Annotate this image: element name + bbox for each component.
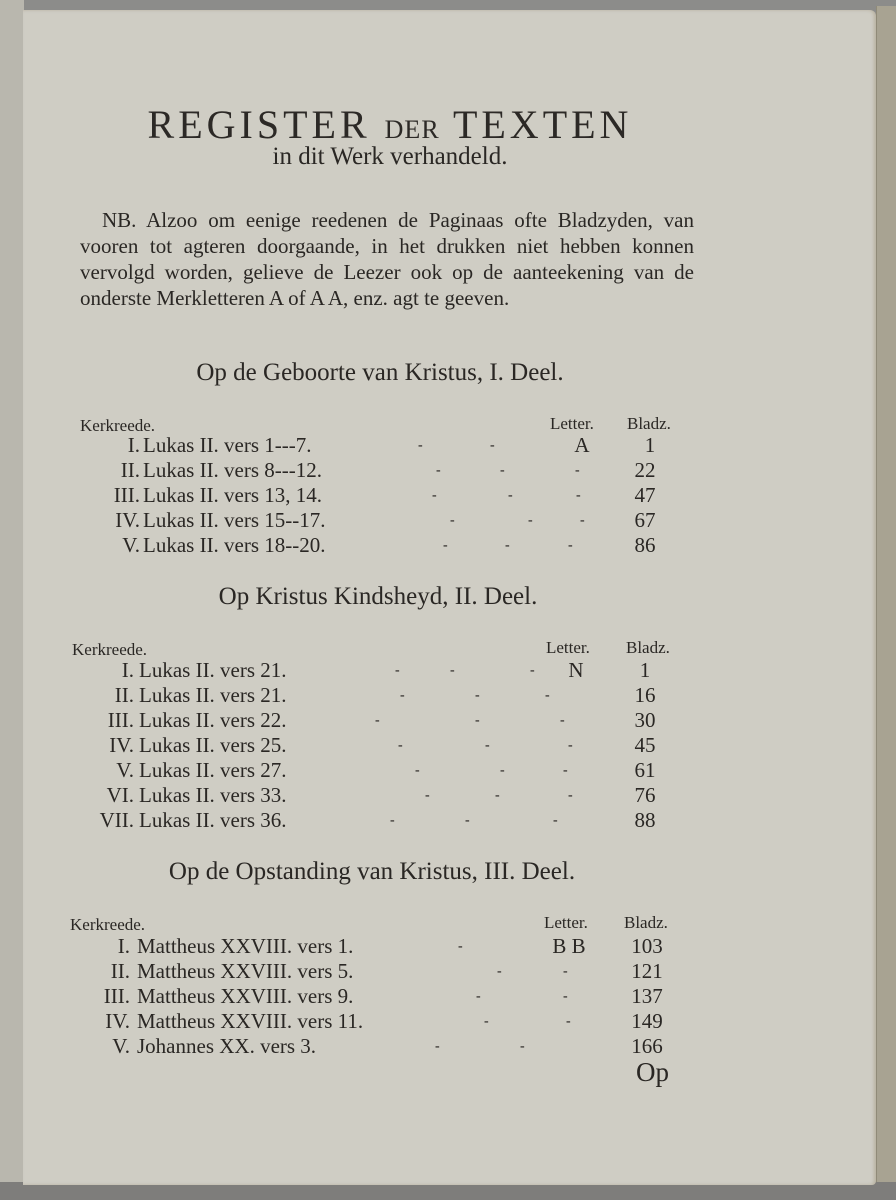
- leader-dash: -: [528, 508, 533, 533]
- row-page: 61: [620, 758, 670, 783]
- row-number: VII.: [74, 808, 134, 833]
- leader-dash: -: [563, 984, 568, 1009]
- leader-dash: -: [395, 658, 400, 683]
- leader-dash: -: [484, 1009, 489, 1034]
- leader-dash: -: [530, 658, 535, 683]
- catchword: Op: [636, 1056, 669, 1088]
- row-page: 22: [620, 458, 670, 483]
- row-number: I.: [74, 658, 134, 683]
- nota-bene-paragraph: NB. Alzoo om eenige reedenen de Paginaas…: [80, 207, 694, 311]
- table-row: IV. Mattheus XXVIII. vers 11. - - 149: [0, 1009, 896, 1034]
- leader-dash: -: [418, 433, 423, 458]
- leader-dash: -: [500, 758, 505, 783]
- row-page: 30: [620, 708, 670, 733]
- row-page: 137: [622, 984, 672, 1009]
- column-header-bladz: Bladz.: [627, 414, 671, 434]
- title-register: REGISTER: [148, 102, 371, 147]
- table-row: III. Mattheus XXVIII. vers 9. - - 137: [0, 984, 896, 1009]
- row-number: I.: [80, 433, 140, 458]
- row-page: 103: [622, 934, 672, 959]
- leader-dash: -: [505, 533, 510, 558]
- table-row: V. Lukas II. vers 27. - - - 61: [0, 758, 896, 783]
- leader-dash: -: [432, 483, 437, 508]
- leader-dash: -: [435, 1034, 440, 1059]
- row-page: 47: [620, 483, 670, 508]
- leader-dash: -: [500, 458, 505, 483]
- row-text: Lukas II. vers 33.: [139, 783, 287, 808]
- leader-dash: -: [545, 683, 550, 708]
- row-page: 16: [620, 683, 670, 708]
- column-header-letter: Letter.: [544, 913, 588, 933]
- column-header-bladz: Bladz.: [624, 913, 668, 933]
- row-text: Lukas II. vers 27.: [139, 758, 287, 783]
- row-text: Lukas II. vers 36.: [139, 808, 287, 833]
- leader-dash: -: [398, 733, 403, 758]
- title-texten: TEXTEN: [453, 102, 633, 147]
- table-row: VII. Lukas II. vers 36. - - - 88: [0, 808, 896, 833]
- leader-dash: -: [465, 808, 470, 833]
- row-number: I.: [70, 934, 130, 959]
- row-page: 67: [620, 508, 670, 533]
- table-row: V. Lukas II. vers 18--20. - - - 86: [0, 533, 896, 558]
- row-number: II.: [74, 683, 134, 708]
- row-number: III.: [80, 483, 140, 508]
- row-text: Lukas II. vers 8---12.: [143, 458, 322, 483]
- leader-dash: -: [375, 708, 380, 733]
- row-page: 88: [620, 808, 670, 833]
- leader-dash: -: [495, 783, 500, 808]
- leader-dash: -: [508, 483, 513, 508]
- section-title-deel-1: Op de Geboorte van Kristus, I. Deel.: [30, 358, 730, 388]
- row-text: Lukas II. vers 15--17.: [143, 508, 326, 533]
- leader-dash: -: [490, 433, 495, 458]
- table-row: IV. Lukas II. vers 15--17. - - - 67: [0, 508, 896, 533]
- leader-dash: -: [475, 683, 480, 708]
- note-text: NB. Alzoo om eenige reedenen de Paginaas…: [80, 207, 694, 311]
- row-text: Lukas II. vers 1---7.: [143, 433, 312, 458]
- row-page: 149: [622, 1009, 672, 1034]
- row-text: Lukas II. vers 22.: [139, 708, 287, 733]
- row-text: Mattheus XXVIII. vers 1.: [137, 934, 353, 959]
- row-text: Lukas II. vers 21.: [139, 683, 287, 708]
- row-number: III.: [70, 984, 130, 1009]
- leader-dash: -: [475, 708, 480, 733]
- leader-dash: -: [566, 1009, 571, 1034]
- row-number: II.: [80, 458, 140, 483]
- table-row: III. Lukas II. vers 13, 14. - - - 47: [0, 483, 896, 508]
- leader-dash: -: [520, 1034, 525, 1059]
- table-row: II. Mattheus XXVIII. vers 5. - - 121: [0, 959, 896, 984]
- leader-dash: -: [458, 934, 463, 959]
- row-number: V.: [80, 533, 140, 558]
- table-row: II. Lukas II. vers 21. - - - 16: [0, 683, 896, 708]
- leader-dash: -: [415, 758, 420, 783]
- column-header-kerkreede: Kerkreede.: [72, 640, 147, 660]
- row-letter: A: [562, 433, 602, 458]
- row-text: Lukas II. vers 25.: [139, 733, 287, 758]
- column-header-bladz: Bladz.: [626, 638, 670, 658]
- leader-dash: -: [390, 808, 395, 833]
- column-header-letter: Letter.: [550, 414, 594, 434]
- row-page: 45: [620, 733, 670, 758]
- leader-dash: -: [400, 683, 405, 708]
- table-row: II. Lukas II. vers 8---12. - - - 22: [0, 458, 896, 483]
- row-text: Lukas II. vers 21.: [139, 658, 287, 683]
- leader-dash: -: [568, 533, 573, 558]
- row-number: IV.: [74, 733, 134, 758]
- table-row: I. Lukas II. vers 1---7. - - A 1: [0, 433, 896, 458]
- page-subtitle: in dit Werk verhandeld.: [60, 142, 720, 172]
- section-title-deel-2: Op Kristus Kindsheyd, II. Deel.: [28, 582, 728, 612]
- row-number: III.: [74, 708, 134, 733]
- row-number: VI.: [74, 783, 134, 808]
- table-row: III. Lukas II. vers 22. - - - 30: [0, 708, 896, 733]
- row-number: II.: [70, 959, 130, 984]
- leader-dash: -: [568, 783, 573, 808]
- table-row: V. Johannes XX. vers 3. - - 166: [0, 1034, 896, 1059]
- leader-dash: -: [563, 758, 568, 783]
- leader-dash: -: [560, 708, 565, 733]
- row-letter: N: [556, 658, 596, 683]
- section-title-deel-3: Op de Opstanding van Kristus, III. Deel.: [22, 857, 722, 887]
- row-letter: B B: [549, 934, 589, 959]
- leader-dash: -: [568, 733, 573, 758]
- leader-dash: -: [563, 959, 568, 984]
- column-header-letter: Letter.: [546, 638, 590, 658]
- row-number: V.: [74, 758, 134, 783]
- leader-dash: -: [497, 959, 502, 984]
- leader-dash: -: [450, 658, 455, 683]
- row-text: Lukas II. vers 13, 14.: [143, 483, 322, 508]
- table-row: I. Lukas II. vers 21. - - - N 1: [0, 658, 896, 683]
- row-page: 121: [622, 959, 672, 984]
- row-page: 86: [620, 533, 670, 558]
- row-page: 1: [625, 433, 675, 458]
- title-der: DER: [385, 115, 440, 144]
- row-text: Mattheus XXVIII. vers 5.: [137, 959, 353, 984]
- row-number: IV.: [80, 508, 140, 533]
- leader-dash: -: [476, 984, 481, 1009]
- leader-dash: -: [443, 533, 448, 558]
- row-text: Johannes XX. vers 3.: [137, 1034, 316, 1059]
- row-number: IV.: [70, 1009, 130, 1034]
- row-page: 76: [620, 783, 670, 808]
- leader-dash: -: [436, 458, 441, 483]
- leader-dash: -: [580, 508, 585, 533]
- leader-dash: -: [575, 458, 580, 483]
- row-text: Mattheus XXVIII. vers 9.: [137, 984, 353, 1009]
- leader-dash: -: [425, 783, 430, 808]
- row-text: Mattheus XXVIII. vers 11.: [137, 1009, 363, 1034]
- leader-dash: -: [553, 808, 558, 833]
- leader-dash: -: [485, 733, 490, 758]
- row-number: V.: [70, 1034, 130, 1059]
- leader-dash: -: [576, 483, 581, 508]
- leader-dash: -: [450, 508, 455, 533]
- table-row: VI. Lukas II. vers 33. - - - 76: [0, 783, 896, 808]
- table-row: I. Mattheus XXVIII. vers 1. - B B 103: [0, 934, 896, 959]
- row-page: 1: [620, 658, 670, 683]
- table-row: IV. Lukas II. vers 25. - - - 45: [0, 733, 896, 758]
- column-header-kerkreede: Kerkreede.: [70, 915, 145, 935]
- row-text: Lukas II. vers 18--20.: [143, 533, 326, 558]
